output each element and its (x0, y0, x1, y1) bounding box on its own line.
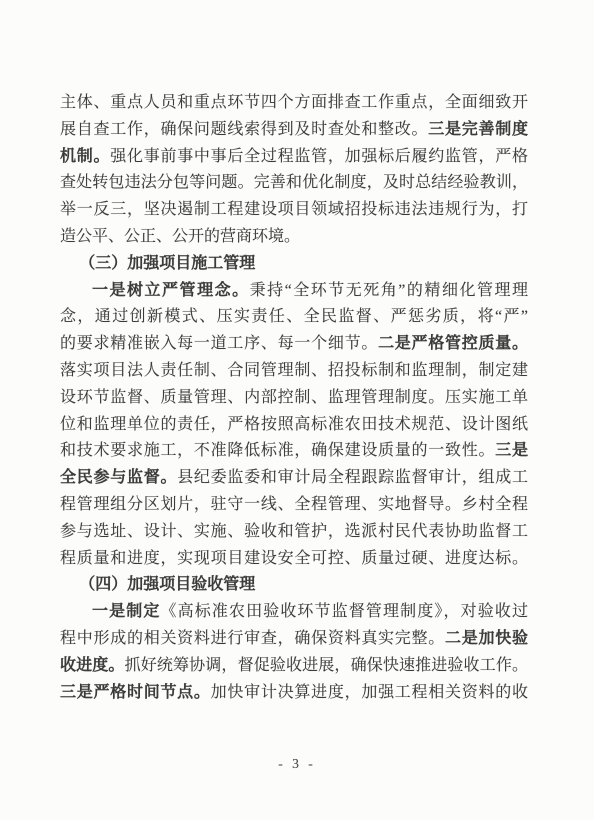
bold-text-segment: 收进度。 (60, 657, 125, 674)
page-number: - 3 - (0, 756, 594, 772)
text-line: 全民参与监督。县纪委监委和审计局全程跟踪监督审计，组成工 (60, 465, 528, 492)
text-segment: 位和监理单位的责任，严格按照高标准农田技术规范、设计图纸 (60, 416, 528, 433)
text-line: 程中形成的相关资料进行审查，确保资料真实完整。二是加快验 (60, 626, 528, 653)
text-segment: 落实项目法人责任制、合同管理制、招投标制和监理制，制定建 (60, 362, 528, 379)
text-line: 机制。强化事前事中事后全过程监管，加强标后履约监管，严格 (60, 144, 528, 171)
text-segment: 《高标准农田验收环节监督管理制度》，对验收过 (160, 603, 528, 620)
text-line: 设环节监督、质量管理、内部控制、监理管理制度。压实施工单 (60, 385, 528, 412)
text-segment: 程管理组分区划片，驻守一线、全程管理、实地督导。乡村全程 (60, 496, 528, 513)
text-line: 一是制定《高标准农田验收环节监督管理制度》，对验收过 (60, 599, 528, 626)
document-page: 主体、重点人员和重点环节四个方面排查工作重点，全面细致开展自查工作，确保问题线索… (0, 0, 594, 820)
text-segment: 程中形成的相关资料进行审查，确保资料真实完整。 (60, 630, 445, 647)
text-line: 主体、重点人员和重点环节四个方面排查工作重点，全面细致开 (60, 90, 528, 117)
section-heading: （三）加强项目施工管理 (60, 251, 528, 278)
bold-text-segment: 全民参与监督。 (60, 469, 177, 486)
bold-text-segment: 一是制定 (92, 603, 160, 620)
text-segment: 秉持“全环节无死角”的精细化管理理 (250, 282, 528, 299)
text-segment: 加快审计决算进度，加强工程相关资料的收 (211, 684, 528, 701)
text-segment: 抓好统筹协调，督促验收进展，确保快速推进验收工作。 (125, 657, 528, 674)
text-segment: 展自查工作，确保问题线索得到及时查处和整改。 (60, 121, 428, 138)
bold-text-segment: 三是严格时间节点。 (60, 684, 211, 701)
text-segment: 县纪委监委和审计局全程跟踪监督审计，组成工 (177, 469, 528, 486)
text-line: 念，通过创新模式、压实责任、全民监督、严惩劣质，将“严” (60, 304, 528, 331)
text-segment: 强化事前事中事后全过程监管，加强标后履约监管，严格 (110, 148, 528, 165)
text-line: 查处转包违法分包等问题。完善和优化制度，及时总结经验教训， (60, 170, 528, 197)
text-segment: 造公平、公正、公开的营商环境。 (60, 228, 300, 245)
bold-text-segment: （四）加强项目验收管理 (79, 576, 255, 593)
text-segment: 念，通过创新模式、压实责任、全民监督、严惩劣质，将“严” (60, 308, 528, 325)
text-segment: 的要求精准嵌入每一道工序、每一个细节。 (60, 335, 378, 352)
text-line: 造公平、公正、公开的营商环境。 (60, 224, 528, 251)
text-line: 参与选址、设计、实施、验收和管护，选派村民代表协助监督工 (60, 519, 528, 546)
text-segment: 参与选址、设计、实施、验收和管护，选派村民代表协助监督工 (60, 523, 528, 540)
text-line: 落实项目法人责任制、合同管理制、招投标制和监理制，制定建 (60, 358, 528, 385)
text-segment: 举一反三，坚决遏制工程建设项目领域招投标违法违规行为，打 (60, 201, 528, 218)
text-segment: 查处转包违法分包等问题。完善和优化制度，及时总结经验教训， (60, 174, 528, 191)
bold-text-segment: 二是严格管控质量。 (378, 335, 528, 352)
bold-text-segment: 二是加快验 (445, 630, 528, 647)
bold-text-segment: （三）加强项目施工管理 (79, 255, 255, 272)
bold-text-segment: 三是完善制度 (428, 121, 528, 138)
text-line: 和技术要求施工，不准降低标准，确保建设质量的一致性。三是 (60, 438, 528, 465)
bold-text-segment: 一是树立严管理念。 (92, 282, 250, 299)
text-segment: 设环节监督、质量管理、内部控制、监理管理制度。压实施工单 (60, 389, 528, 406)
text-line: 展自查工作，确保问题线索得到及时查处和整改。三是完善制度 (60, 117, 528, 144)
document-body: 主体、重点人员和重点环节四个方面排查工作重点，全面细致开展自查工作，确保问题线索… (60, 90, 528, 706)
text-segment: 和技术要求施工，不准降低标准，确保建设质量的一致性。 (60, 442, 495, 459)
text-line: 程管理组分区划片，驻守一线、全程管理、实地督导。乡村全程 (60, 492, 528, 519)
bold-text-segment: 三是 (495, 442, 528, 459)
text-line: 举一反三，坚决遏制工程建设项目领域招投标违法违规行为，打 (60, 197, 528, 224)
bold-text-segment: 机制。 (60, 148, 110, 165)
text-line: 程质量和进度，实现项目建设安全可控、质量过硬、进度达标。 (60, 546, 528, 573)
section-heading: （四）加强项目验收管理 (60, 572, 528, 599)
text-line: 三是严格时间节点。加快审计决算进度，加强工程相关资料的收 (60, 680, 528, 707)
text-line: 的要求精准嵌入每一道工序、每一个细节。二是严格管控质量。 (60, 331, 528, 358)
text-line: 一是树立严管理念。秉持“全环节无死角”的精细化管理理 (60, 278, 528, 305)
text-line: 位和监理单位的责任，严格按照高标准农田技术规范、设计图纸 (60, 412, 528, 439)
text-segment: 主体、重点人员和重点环节四个方面排查工作重点，全面细致开 (60, 94, 528, 111)
text-segment: 程质量和进度，实现项目建设安全可控、质量过硬、进度达标。 (60, 550, 528, 567)
text-line: 收进度。抓好统筹协调，督促验收进展，确保快速推进验收工作。 (60, 653, 528, 680)
